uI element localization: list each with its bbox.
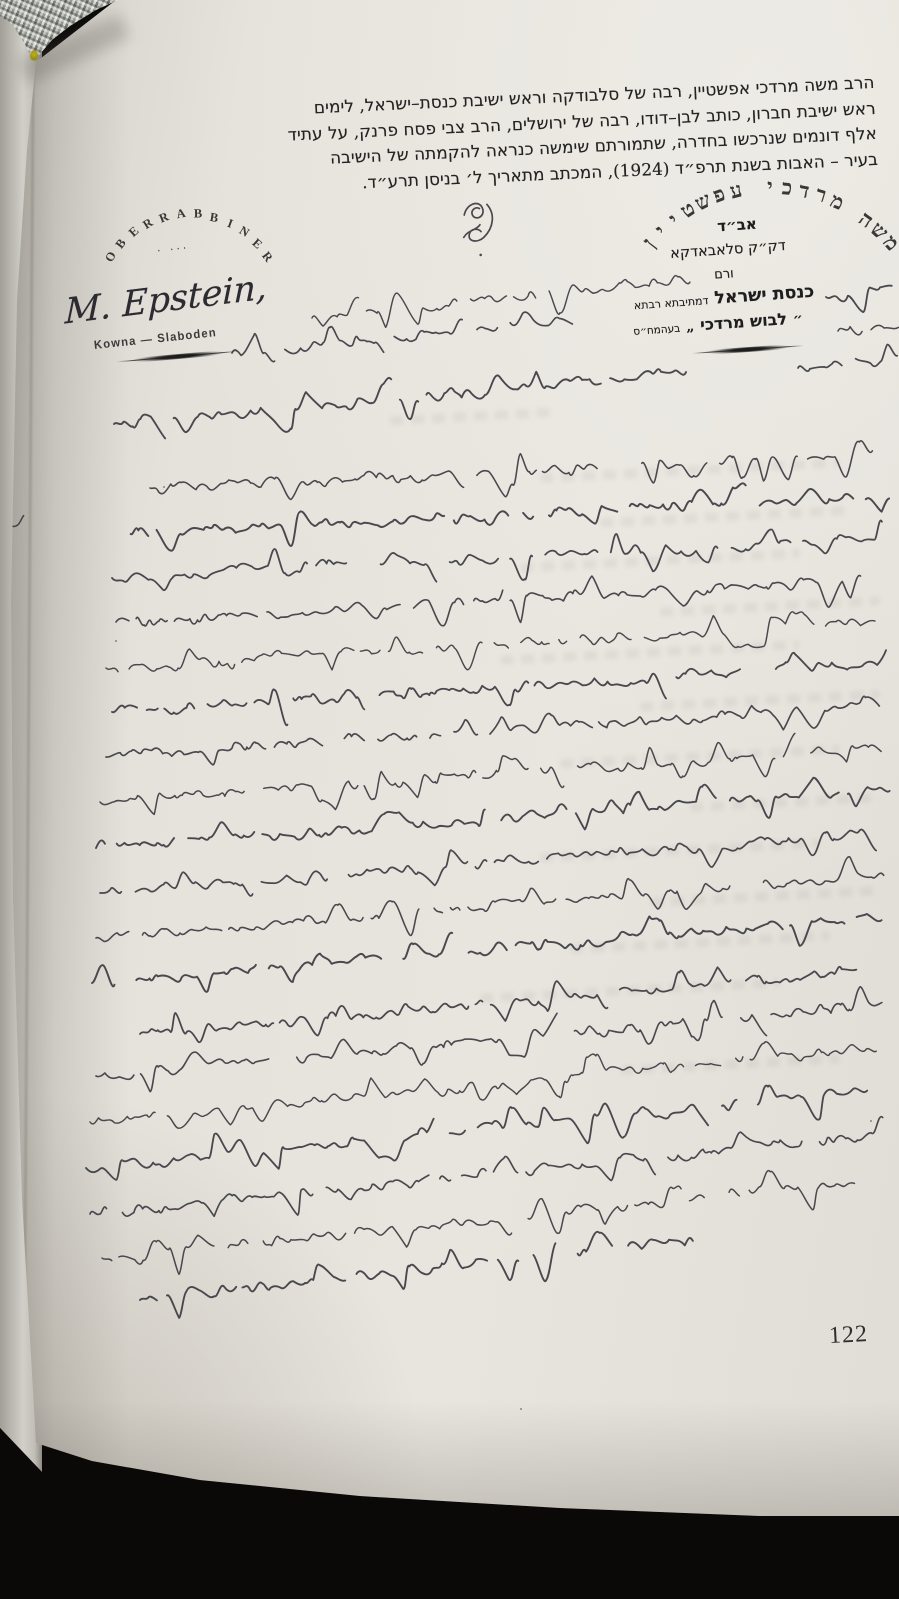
- handwriting-line: [138, 1222, 695, 1325]
- handwriting-line: [115, 560, 888, 647]
- handwriting-line: [100, 1162, 857, 1284]
- handwriting-line: [112, 352, 688, 447]
- handwriting-line: [88, 1117, 886, 1236]
- handwriting-line: [90, 897, 883, 1005]
- handwriting-line: [88, 1028, 878, 1142]
- handwriting-line: [99, 817, 888, 914]
- book-page: הרב משה מרדכי אפשטיין, רבה של סלבודקה ור…: [0, 0, 899, 1599]
- handwriting-line: [138, 952, 871, 1052]
- handwriting-line: [797, 344, 899, 375]
- handwriting-line: [111, 647, 888, 736]
- handwritten-letter-body: [0, 0, 899, 1599]
- handwriting-line: [105, 605, 888, 691]
- handwriting-line: [94, 854, 885, 960]
- handwriting-line: [105, 691, 888, 775]
- ink-speck: [163, 486, 165, 488]
- book-photo: הרב משה מרדכי אפשטיין, רבה של סלבודקה ור…: [0, 0, 899, 1599]
- handwriting-line: [826, 285, 895, 317]
- ink-speck: [520, 1408, 522, 1410]
- ink-speck: [870, 1120, 872, 1122]
- handwriting-line: [310, 262, 691, 340]
- handwriting-line: [95, 771, 891, 867]
- handwriting-line: [84, 1069, 878, 1192]
- foil-tip: [30, 50, 38, 61]
- page-number: 122: [828, 1321, 868, 1350]
- handwriting-line: [94, 984, 884, 1096]
- handwriting-line: [838, 321, 899, 337]
- ink-speck: [115, 640, 117, 642]
- besiyata-dishmaya-mark: [459, 201, 498, 258]
- handwriting-line: [230, 303, 573, 367]
